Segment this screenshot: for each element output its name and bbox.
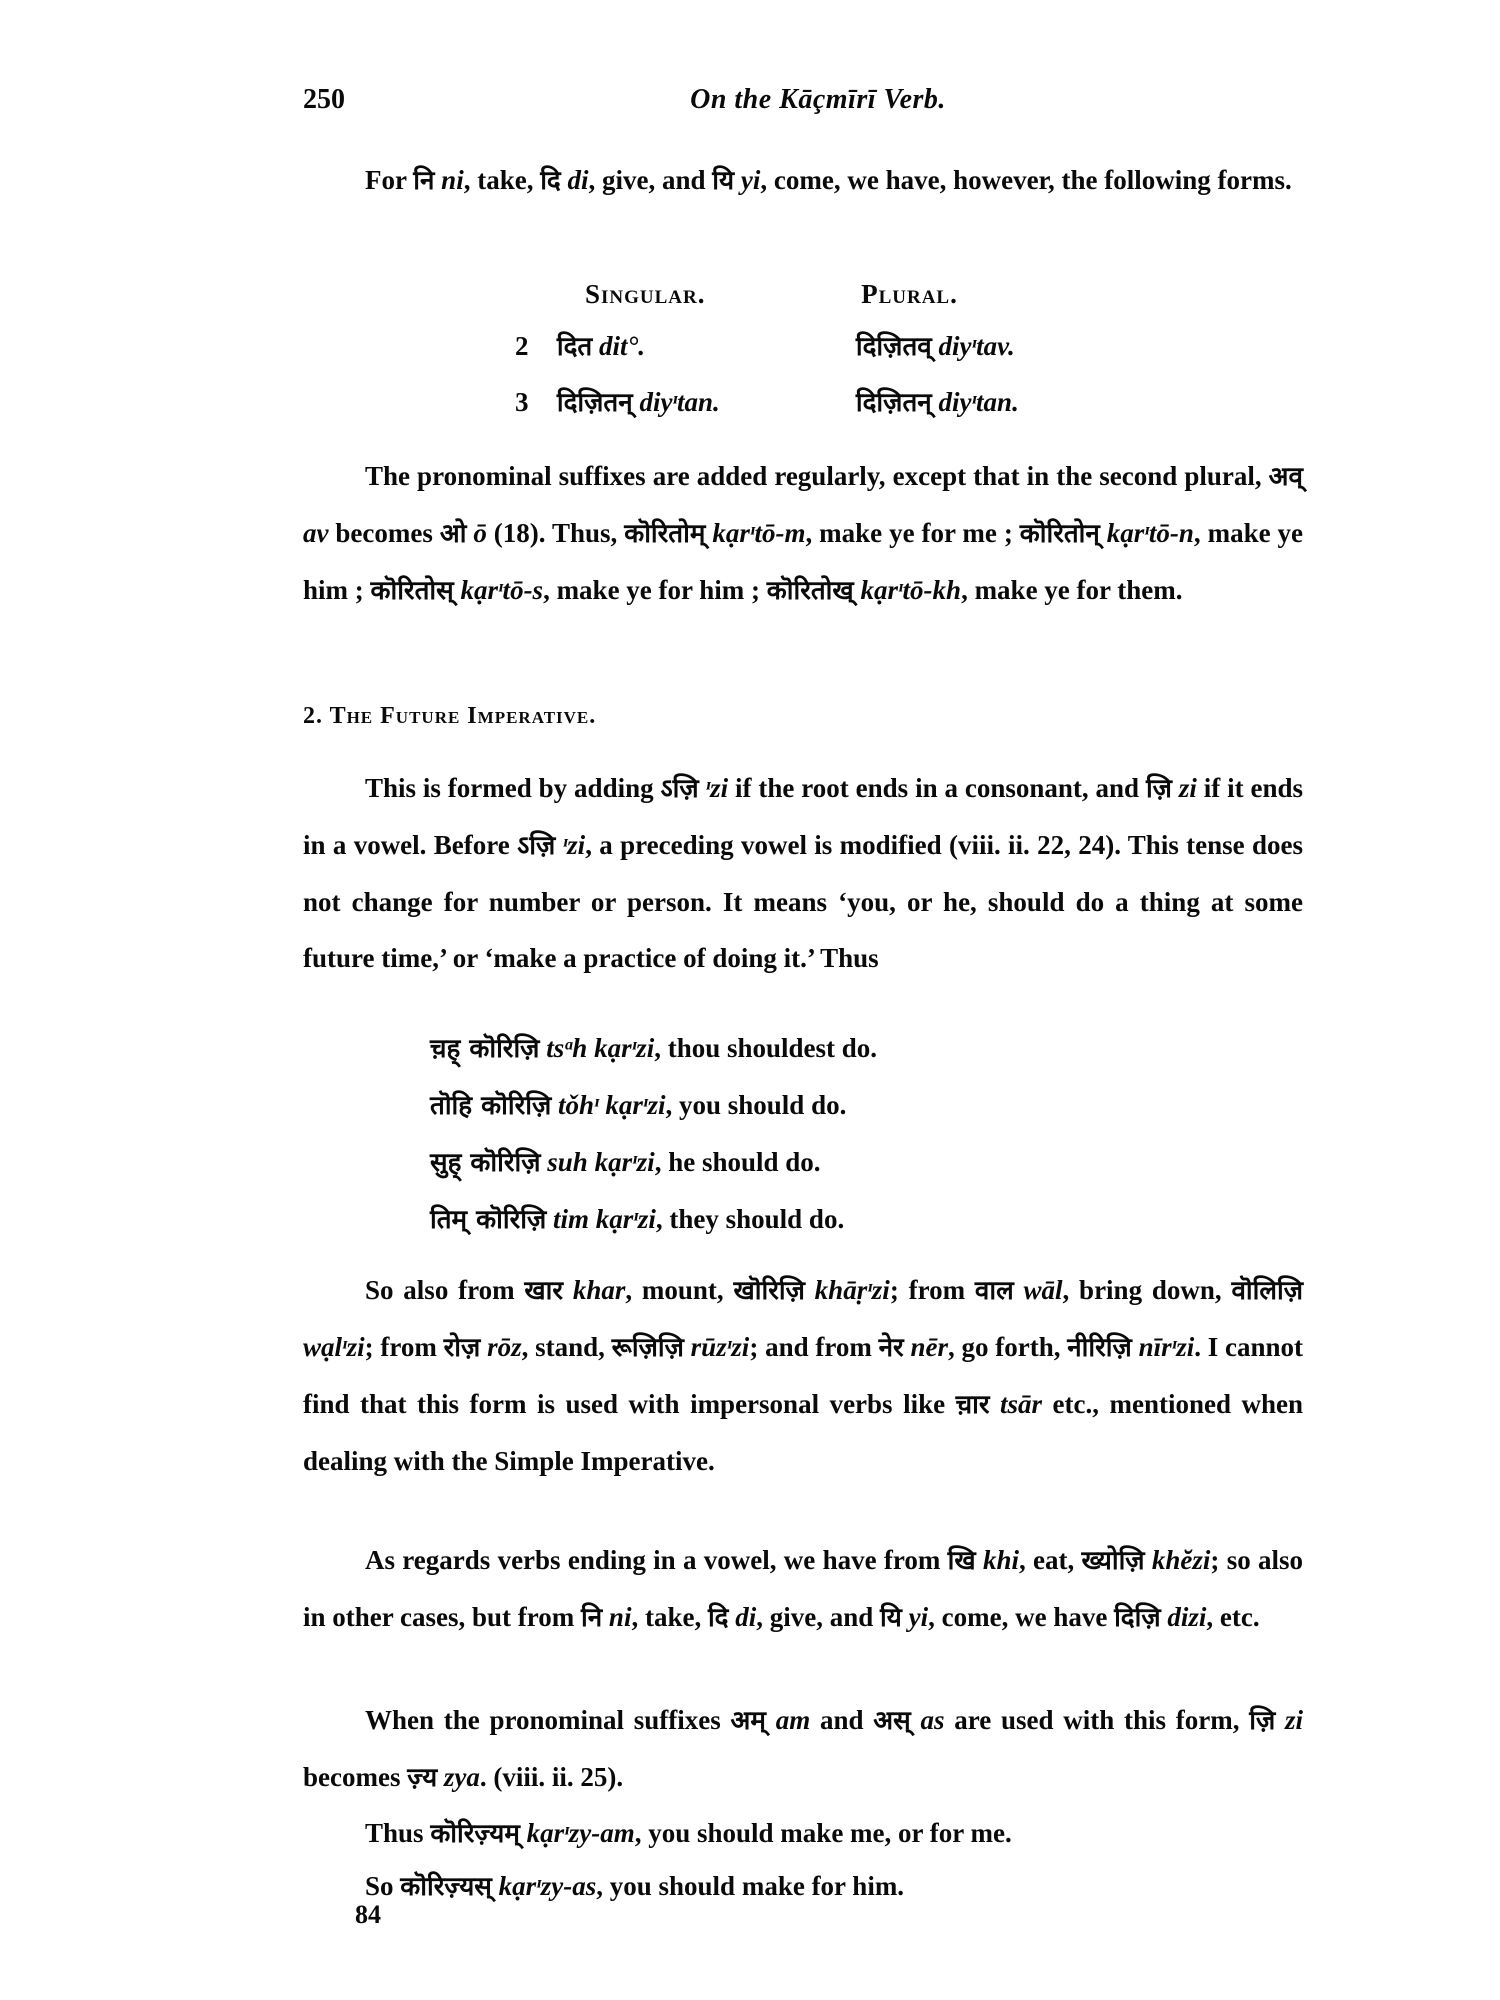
singular-form: दिज़ितन् diyᶦtan.: [557, 374, 856, 430]
transliteration: nēr: [910, 1332, 948, 1362]
transliteration: khāṛᶦzi: [815, 1275, 890, 1305]
text: , make ye for them.: [961, 575, 1182, 605]
transliteration: zi: [1285, 1705, 1303, 1735]
text: ; and from: [749, 1332, 878, 1362]
transliteration: suh kạrᶦzi: [547, 1147, 654, 1177]
section-heading: 2. The Future Imperative.: [303, 688, 1303, 744]
transliteration: kạrᶦzy-am: [527, 1818, 635, 1848]
text: and: [810, 1705, 873, 1735]
examples-list: च़ह् कॊरिज़ि tsᵃh kạrᶦzi, thou shouldest…: [430, 1020, 877, 1248]
text: , take,: [464, 165, 541, 195]
running-header: 250 On the Kāçmīrī Verb.: [303, 84, 1303, 124]
text: , you should make for him.: [596, 1871, 904, 1901]
transliteration: yi: [741, 165, 761, 195]
transliteration: kạrᶦtō-kh: [860, 575, 961, 605]
devanagari-word: यि: [880, 1603, 902, 1633]
so-also-paragraph: So also from खार khar, mount, खॊरिज़ि kh…: [303, 1262, 1303, 1489]
text: , take,: [631, 1602, 708, 1632]
text: becomes: [328, 518, 439, 548]
text: , give, and: [756, 1602, 880, 1632]
devanagari-word: कॊरितोस्: [371, 576, 454, 606]
text: , stand,: [522, 1332, 612, 1362]
devanagari-word: अम्: [731, 1706, 766, 1736]
devanagari-word: वॊलिज़ि: [1231, 1276, 1303, 1306]
text: , come, we have: [928, 1602, 1114, 1632]
devanagari-word: च़ह् कॊरिज़ि: [430, 1034, 539, 1064]
person-number: 2: [515, 318, 557, 374]
transliteration: tsār: [1000, 1389, 1042, 1419]
text: , make ye for me ;: [805, 518, 1019, 548]
gloss: , thou shouldest do.: [654, 1033, 877, 1063]
text: , bring down,: [1063, 1275, 1232, 1305]
devanagari-word: ज़्य: [407, 1763, 437, 1793]
devanagari-word: कॊरिज़्यस्: [400, 1872, 492, 1902]
devanagari-word: दि: [708, 1603, 729, 1633]
transliteration: kạrᶦzy-as: [499, 1871, 597, 1901]
signature-mark: 84: [355, 1900, 381, 1930]
transliteration: yi: [909, 1602, 929, 1632]
transliteration: av: [303, 518, 328, 548]
devanagari-word: ख्योज़ि: [1082, 1546, 1145, 1576]
transliteration: khi: [983, 1545, 1019, 1575]
transliteration: am: [776, 1705, 811, 1735]
text: ; from: [365, 1332, 444, 1362]
transliteration: tim kạrᶦzi: [553, 1204, 656, 1234]
devanagari-word: सुह् कॊरिज़ि: [430, 1148, 541, 1178]
text: , mount,: [625, 1275, 733, 1305]
devanagari-word: दिज़ितन्: [856, 388, 932, 418]
example-line: च़ह् कॊरिज़ि tsᵃh kạrᶦzi, thou shouldest…: [430, 1020, 877, 1077]
text: , give, and: [589, 165, 713, 195]
text: becomes: [303, 1762, 407, 1792]
devanagari-word: दिज़ि: [1114, 1603, 1161, 1633]
person-number: 3: [515, 374, 557, 430]
transliteration: di: [568, 165, 589, 195]
devanagari-word: दित: [557, 332, 592, 362]
text: , eat,: [1019, 1545, 1082, 1575]
devanagari-word: रोज़: [444, 1333, 481, 1363]
devanagari-word: कॊरिज़्यम्: [430, 1819, 520, 1849]
devanagari-word: ऽज़ि: [660, 774, 698, 804]
document-page: 250 On the Kāçmīrī Verb. For नि ni, take…: [0, 0, 1500, 2000]
header-singular: Singular.: [585, 270, 851, 318]
example-line: सुह् कॊरिज़ि suh kạrᶦzi, he should do.: [430, 1134, 877, 1191]
devanagari-word: ऽज़ि: [517, 831, 555, 861]
transliteration: dizi: [1167, 1602, 1206, 1632]
transliteration: nīrᶦzi: [1139, 1332, 1195, 1362]
transliteration: zya: [444, 1762, 480, 1792]
transliteration: rūzᶦzi: [691, 1332, 750, 1362]
table-header: Singular. Plural.: [515, 270, 1135, 318]
devanagari-word: यि: [712, 166, 734, 196]
table-row: 3 दिज़ितन् diyᶦtan. दिज़ितन् diyᶦtan.: [515, 374, 1135, 430]
transliteration: diyᶦtan.: [938, 387, 1018, 417]
example-line: तॊहि कॊरिज़ि tǒhᶦ kạrᶦzi, you should do.: [430, 1077, 877, 1134]
gloss: , he should do.: [655, 1147, 821, 1177]
transliteration: ni: [609, 1602, 632, 1632]
text: , make ye for him ;: [543, 575, 767, 605]
singular-form: दित dit°.: [557, 318, 856, 374]
gloss: , you should do.: [666, 1090, 847, 1120]
devanagari-word: नीरिज़ि: [1067, 1333, 1132, 1363]
transliteration: zi: [1179, 773, 1197, 803]
text: ; from: [890, 1275, 975, 1305]
text: When the pronominal suffixes: [365, 1705, 731, 1735]
devanagari-word: रूज़िज़ि: [612, 1333, 684, 1363]
devanagari-word: ज़ि: [1146, 774, 1172, 804]
text: So: [365, 1871, 400, 1901]
transliteration: diyᶦtan.: [639, 387, 719, 417]
devanagari-word: दिज़ितन्: [557, 388, 633, 418]
text: are used with this form,: [944, 1705, 1249, 1735]
running-title: On the Kāçmīrī Verb.: [303, 84, 1303, 116]
text: The pronominal suffixes are added regula…: [365, 461, 1269, 491]
text: As regards verbs ending in a vowel, we h…: [365, 1545, 948, 1575]
text: Thus: [365, 1818, 430, 1848]
transliteration: wạlᶦzi: [303, 1332, 365, 1362]
transliteration: as: [920, 1705, 944, 1735]
text: . (viii. ii. 25).: [480, 1762, 623, 1792]
devanagari-word: अव्: [1269, 462, 1303, 492]
devanagari-word: कॊरितोख्: [767, 576, 854, 606]
transliteration: ō: [473, 518, 487, 548]
devanagari-word: वाल: [975, 1276, 1014, 1306]
so-line: So कॊरिज़्यस् kạrᶦzy-as, you should make…: [303, 1858, 1303, 1915]
devanagari-word: दि: [540, 166, 561, 196]
text: (18). Thus,: [487, 518, 624, 548]
gloss: , they should do.: [656, 1204, 844, 1234]
devanagari-word: नि: [413, 166, 434, 196]
devanagari-word: खॊरिज़ि: [733, 1276, 804, 1306]
plural-form: दिज़ितव् diyᶦtav.: [856, 318, 1135, 374]
text: So also from: [365, 1275, 524, 1305]
transliteration: di: [735, 1602, 756, 1632]
devanagari-word: तॊहि कॊरिज़ि: [430, 1091, 551, 1121]
intro-paragraph: For नि ni, take, दि di, give, and यि yi,…: [303, 152, 1303, 209]
text: , you should make me, or for me.: [635, 1818, 1012, 1848]
devanagari-word: नि: [581, 1603, 602, 1633]
transliteration: khar: [573, 1275, 626, 1305]
transliteration: wāl: [1024, 1275, 1063, 1305]
transliteration: ni: [441, 165, 464, 195]
suffix-paragraph: When the pronominal suffixes अम् am and …: [303, 1692, 1303, 1806]
transliteration: kạrᶦtō-n: [1107, 518, 1194, 548]
transliteration: kạrᶦtō-s: [460, 575, 543, 605]
transliteration: tǒhᶦ kạrᶦzi: [558, 1090, 666, 1120]
text: if the root ends in a consonant, and: [728, 773, 1146, 803]
transliteration: diyᶦtav.: [938, 331, 1014, 361]
plural-form: दिज़ितन् diyᶦtan.: [856, 374, 1135, 430]
devanagari-word: कॊरितोन्: [1020, 519, 1100, 549]
devanagari-word: कॊरितोम्: [624, 519, 705, 549]
devanagari-word: नेर: [879, 1333, 904, 1363]
devanagari-word: तिम् कॊरिज़ि: [430, 1205, 546, 1235]
transliteration: kạrᶦtō-m: [712, 518, 805, 548]
future-imperative-paragraph: This is formed by adding ऽज़ि ᶦzi if the…: [303, 760, 1303, 986]
devanagari-word: खि: [948, 1546, 976, 1576]
transliteration: khĕzi: [1152, 1545, 1211, 1575]
thus-line: Thus कॊरिज़्यम् kạrᶦzy-am, you should ma…: [303, 1805, 1303, 1862]
text: , go forth,: [948, 1332, 1067, 1362]
text: , etc.: [1206, 1602, 1259, 1632]
vowel-paragraph: As regards verbs ending in a vowel, we h…: [303, 1532, 1303, 1646]
devanagari-word: दिज़ितव्: [856, 332, 932, 362]
devanagari-word: ओ: [440, 519, 467, 549]
pronominal-paragraph: The pronominal suffixes are added regula…: [303, 448, 1303, 619]
text: , come, we have, however, the following …: [760, 165, 1291, 195]
transliteration: ᶦzi: [706, 773, 729, 803]
devanagari-word: च़ार: [956, 1390, 990, 1420]
forms-table: Singular. Plural. 2 दित dit°. दिज़ितव् d…: [515, 270, 1135, 430]
transliteration: tsᵃh kạrᶦzi: [546, 1033, 654, 1063]
table-row: 2 दित dit°. दिज़ितव् diyᶦtav.: [515, 318, 1135, 374]
section-heading-container: 2. The Future Imperative.: [303, 688, 1303, 744]
devanagari-word: ज़ि: [1249, 1706, 1275, 1736]
transliteration: dit°.: [599, 331, 645, 361]
header-plural: Plural.: [851, 270, 1135, 318]
example-line: तिम् कॊरिज़ि tim kạrᶦzi, they should do.: [430, 1191, 877, 1248]
text: This is formed by adding: [365, 773, 660, 803]
devanagari-word: खार: [524, 1276, 563, 1306]
devanagari-word: अस्: [873, 1706, 910, 1736]
text: For: [365, 165, 413, 195]
transliteration: rōz: [487, 1332, 522, 1362]
transliteration: ᶦzi: [563, 830, 586, 860]
